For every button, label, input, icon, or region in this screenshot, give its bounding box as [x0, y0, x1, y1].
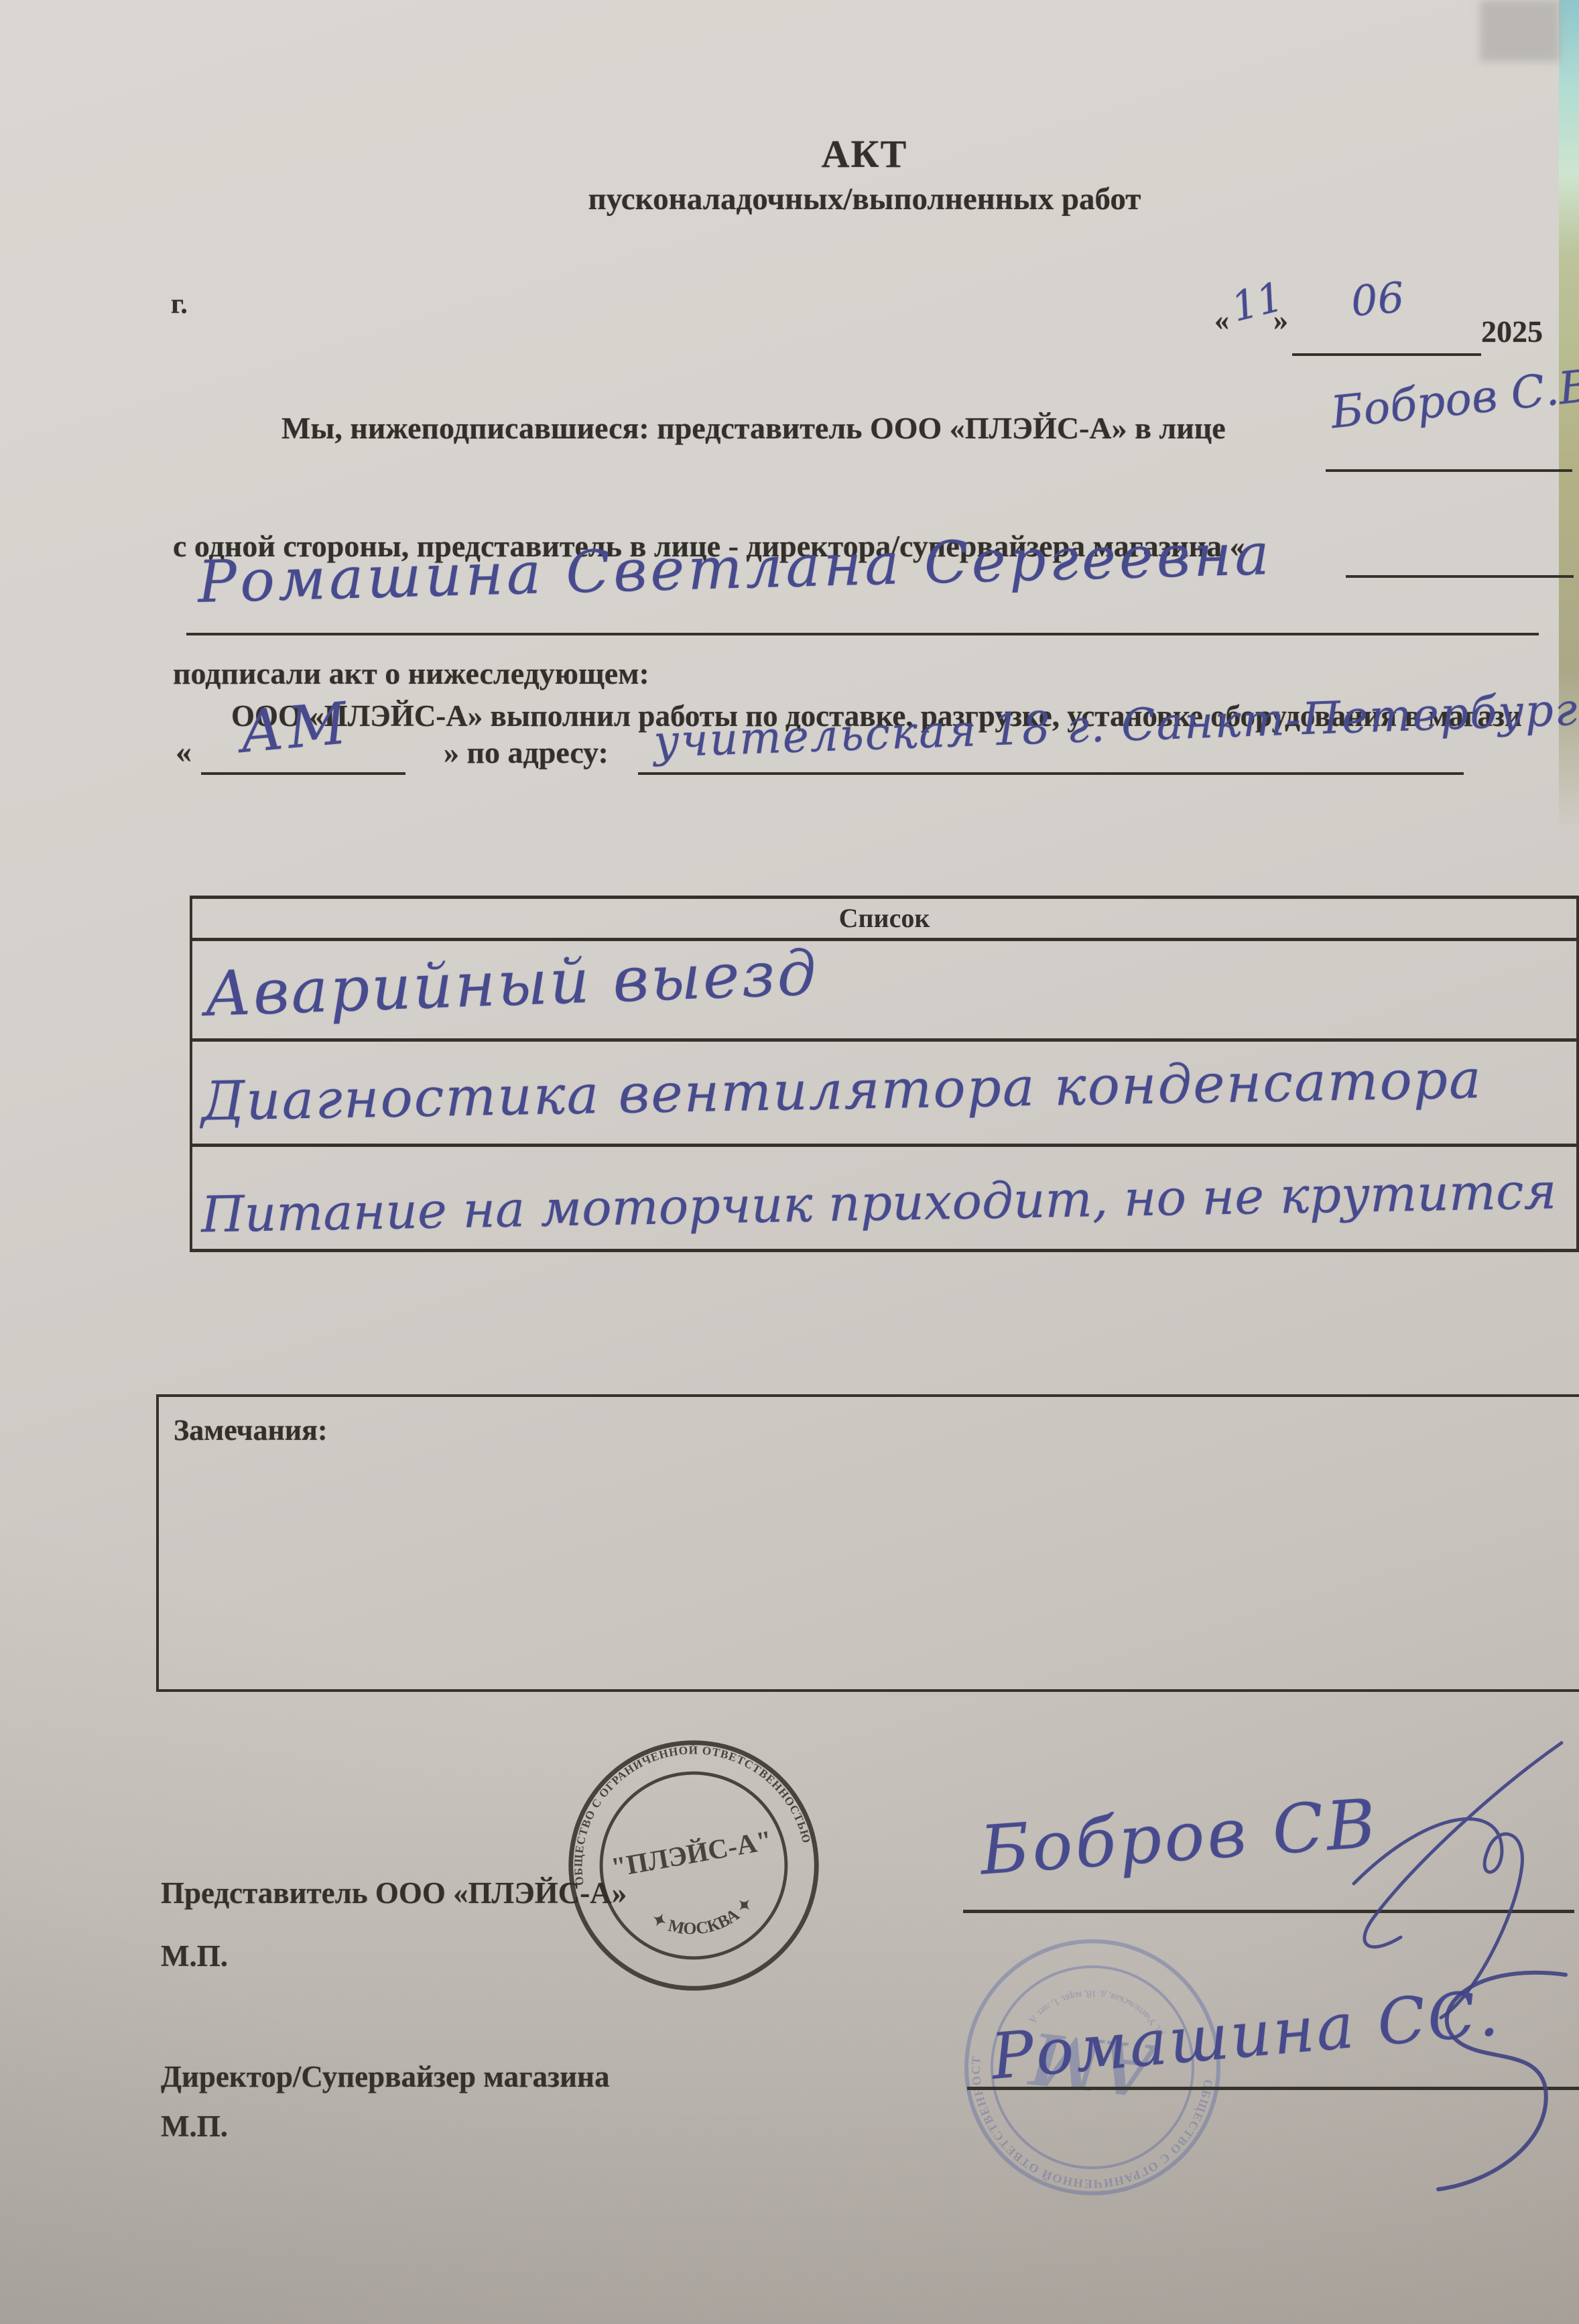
work-list-header: Список	[192, 899, 1576, 941]
store-name-underline	[201, 772, 405, 775]
representative-mp-label: М.П.	[161, 1939, 228, 1973]
document-title: АКТ	[101, 131, 1579, 176]
remarks-label: Замечания:	[174, 1413, 328, 1447]
date-month-underline	[1292, 353, 1481, 356]
director-label: Директор/Супервайзер магазина	[161, 2059, 609, 2094]
stamp-city-text: ✦ МОСКВА ✦	[646, 1892, 761, 1947]
document-subtitle: пусконаладочных/выполненных работ	[101, 181, 1579, 217]
representative-label: Представитель ООО «ПЛЭЙС-А»	[161, 1876, 627, 1910]
store-name-underline-top	[1346, 575, 1574, 578]
representative-name-handwritten: Бобров С.В.	[1328, 359, 1579, 439]
director-mp-label: М.П.	[161, 2109, 228, 2144]
date-quote-close: »	[1273, 303, 1288, 337]
director-fullname-underline	[186, 633, 1539, 635]
store-quote-open: «	[176, 733, 192, 770]
director-signature-flourish	[1385, 1955, 1579, 2212]
store-name-handwritten: АМ	[237, 690, 353, 766]
representative-name-underline	[1326, 469, 1572, 472]
remarks-box: Замечания:	[156, 1394, 1579, 1692]
scanned-act-document: АКТ пусконаладочных/выполненных работ г.…	[0, 0, 1579, 2324]
date-quote-open: «	[1214, 303, 1229, 337]
date-month-handwritten: 06	[1349, 273, 1406, 326]
address-handwritten: учительская 18 г. Санкт-Петербург	[653, 684, 1579, 768]
address-underline	[638, 772, 1464, 775]
svg-text:✦ МОСКВА ✦: ✦ МОСКВА ✦	[646, 1892, 761, 1947]
paper-edge-shadow	[1480, 0, 1560, 62]
intro-line1: Мы, нижеподписавшиеся: представитель ООО…	[281, 410, 1226, 446]
address-label: » по адресу:	[444, 735, 609, 770]
stamp-center-text: "ПЛЭЙС-А"	[609, 1825, 774, 1883]
date-year: 2025	[1481, 314, 1543, 349]
signed-clause: подписали акт о нижеследующем:	[173, 656, 649, 691]
city-label: г.	[171, 288, 188, 320]
place-a-round-stamp: ОБЩЕСТВО С ОГРАНИЧЕННОЙ ОТВЕТСТВЕННОСТЬЮ…	[541, 1713, 846, 2018]
